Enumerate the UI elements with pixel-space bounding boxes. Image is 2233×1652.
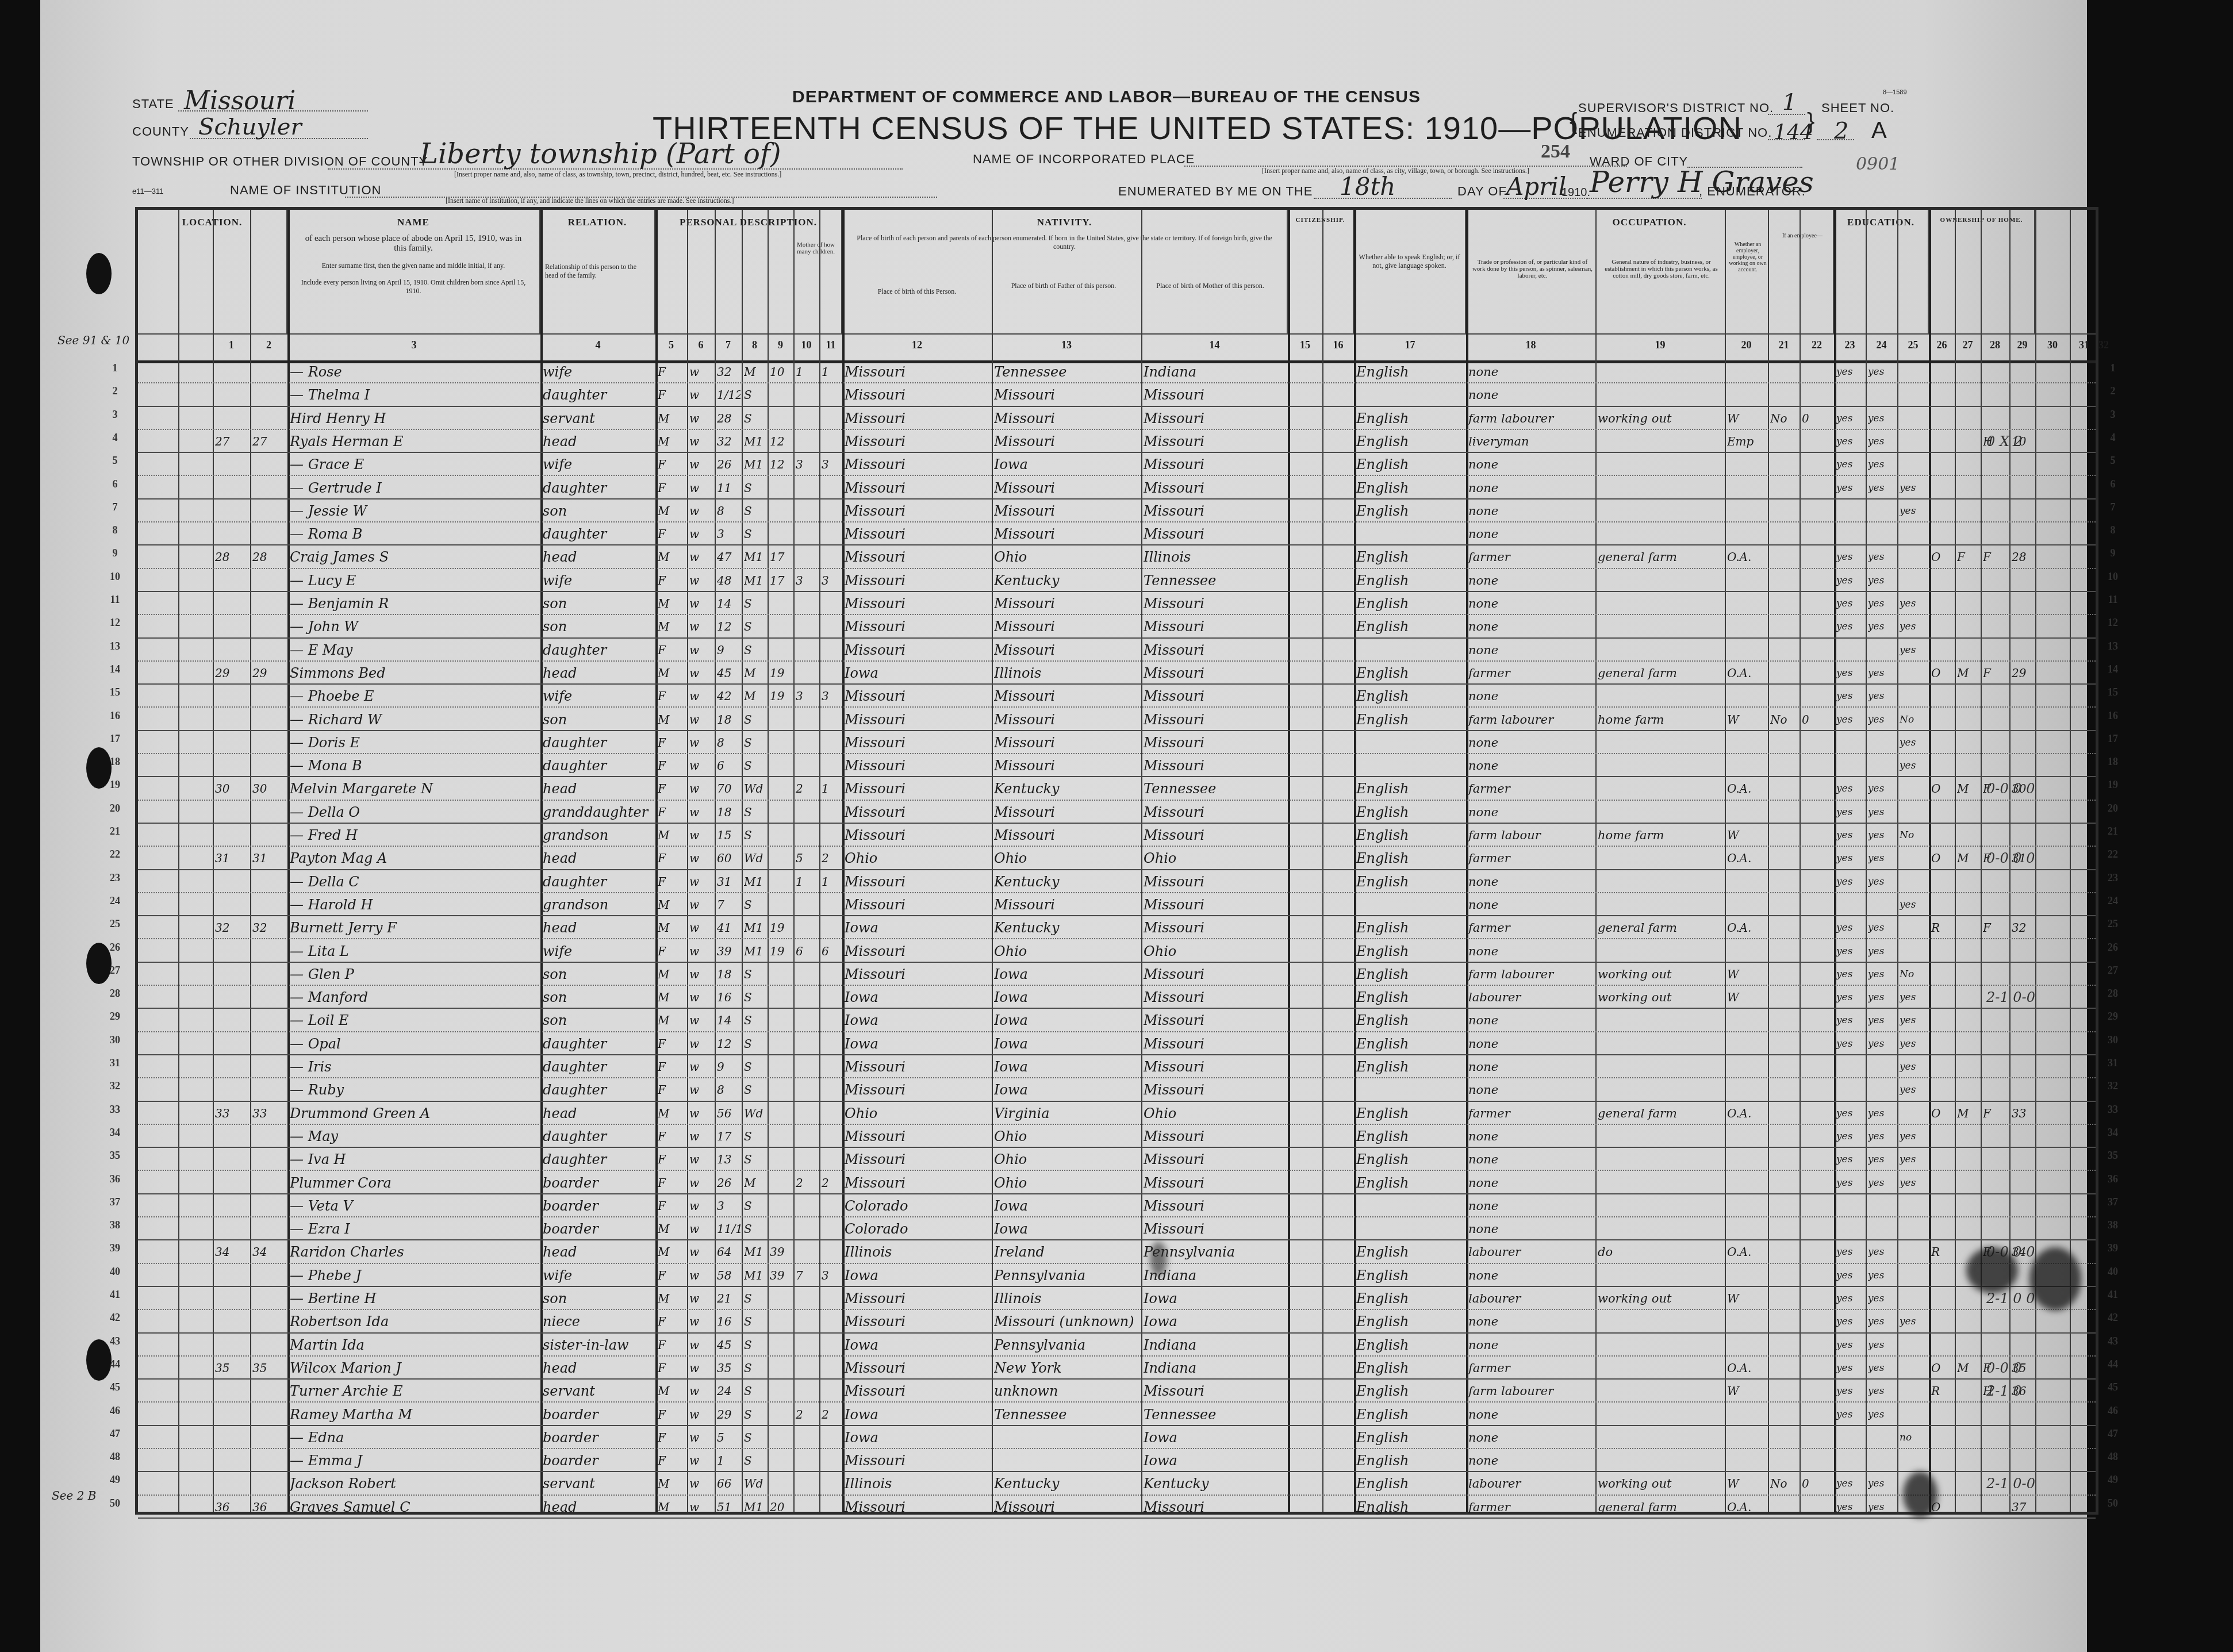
cell-sex: F <box>658 1358 686 1378</box>
cell-write: yes <box>1868 1497 1896 1517</box>
cell-emp <box>1727 1010 1767 1031</box>
line-number: 26 <box>106 942 124 954</box>
cell-dw <box>215 1265 249 1286</box>
cell-emp <box>1727 1079 1767 1100</box>
cell-living <box>822 640 841 660</box>
table-row: 2828Craig James SheadMw47M117MissouriOhi… <box>138 545 2096 568</box>
cell-rel: servant <box>543 1473 654 1494</box>
column-number: 6 <box>687 339 715 351</box>
cell-yrs <box>770 1219 792 1239</box>
cell-write: yes <box>1868 362 1896 382</box>
table-row: 3535Wilcox Marion JheadFw35SMissouriNew … <box>138 1357 2096 1380</box>
cell-mbp: Missouri <box>1144 894 1287 915</box>
cell-sch <box>1900 524 1928 544</box>
cell-eng: English <box>1356 1103 1465 1124</box>
cell-eng: English <box>1356 871 1465 892</box>
cell-bp: Missouri <box>845 1079 991 1100</box>
cell-sex: F <box>658 1404 686 1425</box>
cell-dw <box>215 1381 249 1401</box>
cell-eng <box>1356 1219 1465 1239</box>
cell-eng <box>1356 1079 1465 1100</box>
cell-free: F <box>1957 547 1979 567</box>
cell-mar: M1 <box>744 1497 766 1517</box>
table-row: — Thelma IdaughterFw1/12SMissouriMissour… <box>138 383 2096 406</box>
cell-emp <box>1727 1450 1767 1471</box>
column-number: 11 <box>819 339 842 351</box>
column-number: 27 <box>1955 339 1981 351</box>
cell-fbp: Missouri <box>994 501 1140 521</box>
cell-name: — Thelma I <box>290 385 539 405</box>
table-row: — Della CdaughterFw31M111MissouriKentuck… <box>138 870 2096 893</box>
cell-name: — Loil E <box>290 1010 539 1031</box>
cell-mbp: Missouri <box>1144 1381 1287 1401</box>
cell-write: yes <box>1868 593 1896 614</box>
cell-wks <box>1802 732 1833 753</box>
cell-oow: No <box>1770 709 1798 730</box>
cell-living <box>822 964 841 985</box>
cell-occ: labourer <box>1468 1242 1594 1262</box>
cell-wks <box>1802 1450 1833 1471</box>
cell-emp: O.A. <box>1727 778 1767 799</box>
cell-born <box>796 1358 818 1378</box>
cell-write: yes <box>1868 1404 1896 1425</box>
cell-annotation <box>1986 385 2098 405</box>
cell-occ: none <box>1468 1034 1594 1054</box>
cell-oow <box>1770 1404 1798 1425</box>
cell-yrs <box>770 755 792 776</box>
cell-eng: English <box>1356 825 1465 846</box>
cell-mbp: Missouri <box>1144 640 1287 660</box>
cell-oow <box>1770 1288 1798 1309</box>
cell-fbp: Illinois <box>994 663 1140 683</box>
institution-note: [Insert name of institution, if any, and… <box>446 197 734 205</box>
cell-mar: M1 <box>744 1265 766 1286</box>
cell-mbp: Missouri <box>1144 686 1287 706</box>
line-number: 10 <box>2104 571 2121 583</box>
cell-fam: 29 <box>252 663 286 683</box>
cell-wks <box>1802 1335 1833 1355</box>
cell-mbp: Ohio <box>1144 941 1287 962</box>
cell-yrs <box>770 1103 792 1124</box>
cell-free: M <box>1957 848 1979 869</box>
cell-read: yes <box>1836 478 1864 498</box>
cell-occ: none <box>1468 1335 1594 1355</box>
cell-sch: yes <box>1900 1149 1928 1170</box>
cell-annotation <box>1986 524 2098 544</box>
cell-write: yes <box>1868 871 1896 892</box>
cell-emp <box>1727 593 1767 614</box>
cell-fbp: Ohio <box>994 1126 1140 1147</box>
cell-free <box>1957 385 1979 405</box>
cell-rel: head <box>543 1358 654 1378</box>
cell-wks <box>1802 1034 1833 1054</box>
cell-living <box>822 408 841 429</box>
cell-race: w <box>689 1196 713 1216</box>
cell-occ: farmer <box>1468 1358 1594 1378</box>
cell-name: — Edna <box>290 1427 539 1448</box>
cell-living <box>822 1288 841 1309</box>
table-row: Martin Idasister-in-lawFw45SIowaPennsylv… <box>138 1334 2096 1357</box>
cell-occ: none <box>1468 1196 1594 1216</box>
cell-emp <box>1727 1427 1767 1448</box>
margin-note-top: See 91 & 10 <box>57 333 129 347</box>
cell-dw <box>215 1010 249 1031</box>
line-number: 42 <box>106 1312 124 1324</box>
cell-yrs: 39 <box>770 1242 792 1262</box>
cell-age: 35 <box>717 1358 741 1378</box>
cell-mar: M <box>744 1173 766 1193</box>
cell-rel: niece <box>543 1311 654 1332</box>
cell-name: — May <box>290 1126 539 1147</box>
cell-eng: English <box>1356 408 1465 429</box>
cell-mar: S <box>744 478 766 498</box>
cell-emp <box>1727 1056 1767 1077</box>
cell-bp: Missouri <box>845 1311 991 1332</box>
cell-race: w <box>689 478 713 498</box>
cell-dw <box>215 871 249 892</box>
cell-annotation <box>1986 408 2098 429</box>
cell-dw <box>215 964 249 985</box>
cell-read: yes <box>1836 871 1864 892</box>
column-number: 9 <box>768 339 793 351</box>
cell-rel: head <box>543 1103 654 1124</box>
line-number: 26 <box>2104 942 2121 954</box>
line-number: 39 <box>2104 1242 2121 1254</box>
cell-occ: none <box>1468 1311 1594 1332</box>
cell-born: 1 <box>796 871 818 892</box>
cell-wks <box>1802 848 1833 869</box>
cell-annotation <box>1986 894 2098 915</box>
cell-age: 58 <box>717 1265 741 1286</box>
cell-own <box>1931 454 1954 475</box>
line-number: 22 <box>2104 848 2121 860</box>
cell-sch <box>1900 663 1928 683</box>
cell-fam <box>252 1473 286 1494</box>
cell-oow <box>1770 1219 1798 1239</box>
year-printed: 1910. <box>1561 186 1590 199</box>
cell-living <box>822 524 841 544</box>
cell-mbp: Missouri <box>1144 524 1287 544</box>
cell-annotation <box>1986 1497 2098 1517</box>
cell-name: Wilcox Marion J <box>290 1358 539 1378</box>
cell-annotation <box>1986 1149 2098 1170</box>
cell-emp: W <box>1727 825 1767 846</box>
cell-occ: farm labour <box>1468 825 1594 846</box>
column-number: 8 <box>742 339 768 351</box>
cell-eng: English <box>1356 547 1465 567</box>
cell-eng: English <box>1356 1450 1465 1471</box>
cell-yrs <box>770 964 792 985</box>
cell-fbp: New York <box>994 1358 1140 1378</box>
cell-eng: English <box>1356 686 1465 706</box>
cell-read: yes <box>1836 616 1864 637</box>
cell-sch: yes <box>1900 987 1928 1008</box>
cell-sex: F <box>658 1056 686 1077</box>
cell-annotation: 2-1 0 <box>1986 1381 2098 1401</box>
cell-sex: M <box>658 1473 686 1494</box>
cell-name: Drummond Green A <box>290 1103 539 1124</box>
cell-mbp: Kentucky <box>1144 1473 1287 1494</box>
cell-sch: yes <box>1900 894 1928 915</box>
line-number: 23 <box>2104 872 2121 884</box>
cell-wks <box>1802 385 1833 405</box>
cell-bp: Missouri <box>845 1149 991 1170</box>
cell-fbp: Ohio <box>994 1173 1140 1193</box>
cell-race: w <box>689 385 713 405</box>
line-number: 5 <box>106 455 124 467</box>
cell-rel: daughter <box>543 755 654 776</box>
cell-race: w <box>689 964 713 985</box>
cell-mbp: Missouri <box>1144 987 1287 1008</box>
cell-name: Jackson Robert <box>290 1473 539 1494</box>
cell-age: 14 <box>717 1010 741 1031</box>
cell-fbp: Missouri <box>994 709 1140 730</box>
cell-own <box>1931 941 1954 962</box>
cell-eng: English <box>1356 478 1465 498</box>
cell-yrs: 20 <box>770 1497 792 1517</box>
cell-living <box>822 1219 841 1239</box>
cell-fbp: Missouri <box>994 385 1140 405</box>
cell-sex: F <box>658 385 686 405</box>
cell-yrs <box>770 894 792 915</box>
cell-sex: F <box>658 1265 686 1286</box>
cell-age: 32 <box>717 431 741 452</box>
cell-own <box>1931 1288 1954 1309</box>
cell-occ: farmer <box>1468 848 1594 869</box>
cell-write: yes <box>1868 454 1896 475</box>
cell-dw <box>215 1335 249 1355</box>
column-number: 13 <box>992 339 1141 351</box>
cell-yrs <box>770 1196 792 1216</box>
cell-rel: daughter <box>543 1079 654 1100</box>
cell-bp: Iowa <box>845 1265 991 1286</box>
cell-sch <box>1900 1404 1928 1425</box>
cell-emp <box>1727 524 1767 544</box>
cell-fbp: Missouri <box>994 894 1140 915</box>
cell-bp: Missouri <box>845 570 991 591</box>
cell-free <box>1957 686 1979 706</box>
cell-name: — Phebe J <box>290 1265 539 1286</box>
cell-rel: son <box>543 987 654 1008</box>
cell-race: w <box>689 987 713 1008</box>
cell-name: — Mona B <box>290 755 539 776</box>
cell-born <box>796 1103 818 1124</box>
cell-fbp: Missouri <box>994 825 1140 846</box>
cell-name: — Phoebe E <box>290 686 539 706</box>
cell-yrs: 17 <box>770 547 792 567</box>
cell-fam <box>252 408 286 429</box>
cell-dw <box>215 570 249 591</box>
cell-name: — Della C <box>290 871 539 892</box>
cell-emp <box>1727 1219 1767 1239</box>
cell-sex: F <box>658 570 686 591</box>
cell-sch <box>1900 1242 1928 1262</box>
cell-name: Ramey Martha M <box>290 1404 539 1425</box>
cell-oow <box>1770 501 1798 521</box>
cell-mbp: Missouri <box>1144 732 1287 753</box>
cell-occ: none <box>1468 385 1594 405</box>
cell-sex: M <box>658 616 686 637</box>
cell-bp: Iowa <box>845 1404 991 1425</box>
cell-eng <box>1356 524 1465 544</box>
census-table: LOCATION. NAME of each person whose plac… <box>135 207 2098 1515</box>
cell-living <box>822 1196 841 1216</box>
cell-eng: English <box>1356 1335 1465 1355</box>
cell-annotation: 0-0 0 <box>1986 1358 2098 1378</box>
cell-dw: 34 <box>215 1242 249 1262</box>
cell-born <box>796 1079 818 1100</box>
cell-oow <box>1770 964 1798 985</box>
cell-bp: Missouri <box>845 1497 991 1517</box>
line-number: 4 <box>106 432 124 444</box>
cell-wks <box>1802 362 1833 382</box>
cell-read: yes <box>1836 802 1864 823</box>
cell-fam <box>252 1196 286 1216</box>
cell-ind <box>1598 1196 1724 1216</box>
cell-name: Hird Henry H <box>290 408 539 429</box>
cell-read: yes <box>1836 570 1864 591</box>
cell-oow <box>1770 732 1798 753</box>
column-number: 21 <box>1768 339 1800 351</box>
cell-mar: S <box>744 501 766 521</box>
cell-race: w <box>689 1149 713 1170</box>
cell-mbp: Ohio <box>1144 848 1287 869</box>
cell-race: w <box>689 941 713 962</box>
column-number: 10 <box>793 339 819 351</box>
header-occupation: OCCUPATION. Trade or profession of, or p… <box>1466 210 1834 333</box>
cell-mar: S <box>744 1056 766 1077</box>
cell-fam <box>252 1335 286 1355</box>
cell-eng: English <box>1356 593 1465 614</box>
cell-age: 29 <box>717 1404 741 1425</box>
cell-fbp: Virginia <box>994 1103 1140 1124</box>
cell-name: Graves Samuel C <box>290 1497 539 1517</box>
cell-born <box>796 1473 818 1494</box>
cell-name: — Benjamin R <box>290 593 539 614</box>
cell-emp: W <box>1727 709 1767 730</box>
line-number: 1 <box>106 362 124 374</box>
cell-living <box>822 1358 841 1378</box>
cell-oow <box>1770 362 1798 382</box>
cell-own <box>1931 1311 1954 1332</box>
cell-wks <box>1802 454 1833 475</box>
cell-fam: 36 <box>252 1497 286 1517</box>
header-name: NAME of each person whose place of abode… <box>287 210 540 333</box>
cell-eng: English <box>1356 1056 1465 1077</box>
table-row: Robertson IdanieceFw16SMissouriMissouri … <box>138 1310 2096 1333</box>
line-number: 33 <box>106 1104 124 1116</box>
cell-mbp: Missouri <box>1144 501 1287 521</box>
cell-ind: working out <box>1598 1473 1724 1494</box>
cell-rel: sister-in-law <box>543 1335 654 1355</box>
cell-annotation <box>1986 1079 2098 1100</box>
cell-mar: S <box>744 1126 766 1147</box>
cell-yrs <box>770 1427 792 1448</box>
column-number: 17 <box>1354 339 1466 351</box>
cell-sch <box>1900 686 1928 706</box>
cell-living <box>822 1381 841 1401</box>
cell-fbp: Iowa <box>994 1010 1140 1031</box>
line-number: 29 <box>106 1011 124 1023</box>
cell-own: O <box>1931 547 1954 567</box>
cell-sex: F <box>658 941 686 962</box>
cell-born <box>796 1149 818 1170</box>
cell-oow <box>1770 941 1798 962</box>
cell-mbp: Iowa <box>1144 1288 1287 1309</box>
cell-age: 66 <box>717 1473 741 1494</box>
cell-occ: farm labourer <box>1468 1381 1594 1401</box>
cell-eng: English <box>1356 1126 1465 1147</box>
cell-race: w <box>689 362 713 382</box>
cell-fbp: Tennessee <box>994 1404 1140 1425</box>
cell-race: w <box>689 431 713 452</box>
line-number: 5 <box>2104 455 2121 467</box>
table-row: Turner Archie EservantMw24SMissouriunkno… <box>138 1380 2096 1403</box>
line-number: 14 <box>2104 663 2121 675</box>
table-row: — Phebe JwifeFw58M13973IowaPennsylvaniaI… <box>138 1264 2096 1287</box>
cell-age: 47 <box>717 547 741 567</box>
cell-living <box>822 1335 841 1355</box>
cell-dw <box>215 1427 249 1448</box>
cell-own <box>1931 825 1954 846</box>
table-row: Ramey Martha MboarderFw29S22IowaTennesse… <box>138 1403 2096 1426</box>
cell-living <box>822 709 841 730</box>
cell-age: 18 <box>717 802 741 823</box>
cell-annotation <box>1986 1404 2098 1425</box>
cell-race: w <box>689 1103 713 1124</box>
cell-occ: none <box>1468 894 1594 915</box>
table-row: — Fred HgrandsonMw15SMissouriMissouriMis… <box>138 824 2096 847</box>
cell-race: w <box>689 1079 713 1100</box>
cell-dw: 28 <box>215 547 249 567</box>
cell-own <box>1931 524 1954 544</box>
cell-read: yes <box>1836 1103 1864 1124</box>
cell-born <box>796 1311 818 1332</box>
cell-mar: S <box>744 1196 766 1216</box>
cell-ind <box>1598 1311 1724 1332</box>
cell-dw <box>215 709 249 730</box>
cell-write: yes <box>1868 686 1896 706</box>
cell-bp: Missouri <box>845 640 991 660</box>
incorporated-note: [Insert proper name and, also, name of c… <box>1262 167 1529 175</box>
cell-own: O <box>1931 663 1954 683</box>
cell-annotation <box>1986 1056 2098 1077</box>
cell-mar: M1 <box>744 1242 766 1262</box>
cell-own <box>1931 570 1954 591</box>
cell-write: yes <box>1868 917 1896 938</box>
cell-bp: Missouri <box>845 1126 991 1147</box>
cell-free <box>1957 732 1979 753</box>
cell-own <box>1931 1265 1954 1286</box>
cell-ind <box>1598 894 1724 915</box>
cell-age: 7 <box>717 894 741 915</box>
cell-yrs <box>770 616 792 637</box>
cell-name: — Della O <box>290 802 539 823</box>
cell-read: yes <box>1836 1381 1864 1401</box>
cell-race: w <box>689 894 713 915</box>
cell-mbp: Missouri <box>1144 964 1287 985</box>
cell-own <box>1931 709 1954 730</box>
table-row: — Loil EsonMw14SIowaIowaMissouriEnglishn… <box>138 1009 2096 1032</box>
cell-born <box>796 478 818 498</box>
cell-sch: yes <box>1900 501 1928 521</box>
cell-name: — Richard W <box>290 709 539 730</box>
cell-rel: son <box>543 501 654 521</box>
cell-yrs: 19 <box>770 941 792 962</box>
cell-oow <box>1770 663 1798 683</box>
cell-oow <box>1770 1149 1798 1170</box>
cell-sch: yes <box>1900 593 1928 614</box>
